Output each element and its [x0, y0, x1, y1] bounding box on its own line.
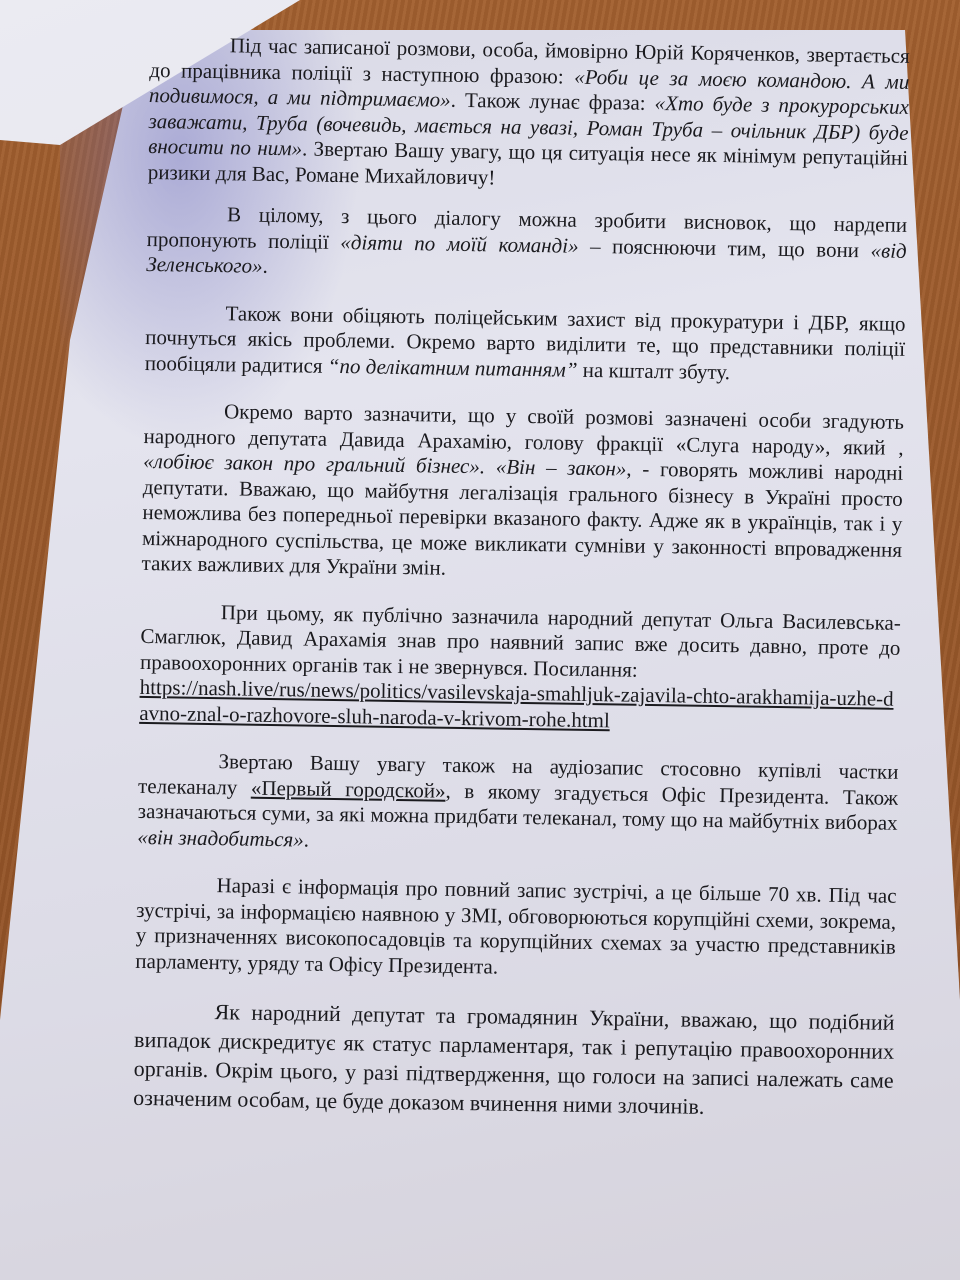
- paragraph-2: В цілому, з цього діалогу можна зробити …: [146, 201, 907, 289]
- quote-text: «він знадобиться»: [137, 824, 304, 851]
- body-text: на кшталт збуту.: [577, 357, 730, 383]
- document-body: Під час записаної розмови, особа, ймовір…: [133, 32, 910, 1140]
- channel-name: «Первый городской»: [251, 775, 446, 802]
- body-text: Наразі є інформація про повний запис зус…: [135, 873, 896, 978]
- body-text: Як народний депутат та громадянин Україн…: [133, 999, 895, 1119]
- paragraph-7: Наразі є інформація про повний запис зус…: [135, 872, 897, 986]
- body-text: При цьому, як публічно зазначила народни…: [140, 600, 901, 682]
- paragraph-8: Як народний депутат та громадянин Україн…: [133, 996, 895, 1124]
- paragraph-3: Також вони обіцяють поліцейським захист …: [145, 299, 906, 387]
- source-link[interactable]: https://nash.live/rus/news/politics/vasi…: [139, 675, 900, 738]
- body-text: – пояснюючи тим, що вони: [578, 233, 870, 262]
- quote-text: “по делікатним питанням”: [328, 353, 578, 381]
- paragraph-1: Під час записаної розмови, особа, ймовір…: [148, 32, 910, 197]
- quote-text: «діяти по моїй команді»: [340, 230, 579, 258]
- body-text: . Також лунає фраза:: [450, 88, 654, 115]
- paragraph-5: При цьому, як публічно зазначила народни…: [139, 598, 901, 737]
- body-text: .: [262, 254, 268, 278]
- body-text: .: [304, 827, 310, 851]
- paragraph-4: Окремо варто зазначити, що у своїй розмо…: [141, 398, 904, 588]
- paragraph-6: Звертаю Вашу увагу також на аудіозапис с…: [137, 748, 899, 862]
